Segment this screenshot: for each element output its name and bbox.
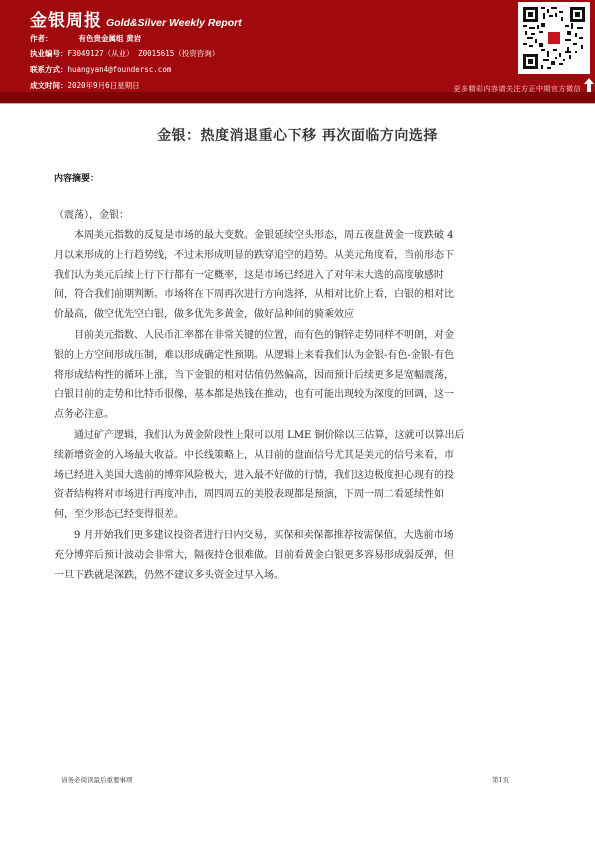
text-line: 间，符合我们前期判断。市场将在下周再次进行方向选择，从相对比价上看，白银的相对比 xyxy=(54,285,548,305)
arrow-up-icon xyxy=(584,78,594,92)
text-line: 月以来形成的上行趋势线，不过未形成明显的跌穿追空的趋势。从美元角度看，当前形态下 xyxy=(54,246,548,266)
contact-label: 联系方式： xyxy=(30,65,68,74)
license-value: F3049127（从业） Z0015615（投资咨询） xyxy=(68,49,220,58)
qr-finder-icon xyxy=(570,7,585,22)
date-row: 成文时间：2020年9月6日星期日 xyxy=(30,80,140,91)
header-divider xyxy=(0,103,595,104)
summary-label: 内容摘要： xyxy=(54,171,99,184)
paragraph-2: 目前美元指数、人民币汇率都在非常关键的位置，而有色的铜锌走势同样不明朗，对金 银… xyxy=(54,326,548,425)
text-line: 价最高，做空优先空白银，做多优先多黄金，做好品种间的骑乘效应 xyxy=(54,305,548,325)
paragraph-3: 通过矿产逻辑，我们认为黄金阶段性上限可以用 LME 铜价除以三估算，这就可以算出… xyxy=(54,426,548,525)
author-value: 有色贵金属组 黄岩 xyxy=(79,34,142,43)
brand-title-en: Gold&Silver Weekly Report xyxy=(106,17,242,29)
author-label: 作者： xyxy=(30,34,53,43)
license-row: 执业编号：F3049127（从业） Z0015615（投资咨询） xyxy=(30,48,219,59)
text-line: 何，至少形态已经变得很差。 xyxy=(54,505,548,525)
qr-finder-icon xyxy=(523,54,538,69)
company-logo-icon xyxy=(547,31,561,45)
text-line: 本周美元指数的反复是市场的最大变数。金银延续空头形态，周五夜盘黄金一度跌破 4 xyxy=(54,226,548,246)
text-line: 场已经进入美国大选前的博弈风险极大，进入最不好做的行情，我们这边极度担心现有的投 xyxy=(54,466,548,486)
text-line: 9 月开始我们更多建议投资者进行日内交易，买保和卖保都推荐按需保值，大选前市场 xyxy=(54,526,548,546)
license-label: 执业编号： xyxy=(30,49,68,58)
text-line: 点务必注意。 xyxy=(54,405,548,425)
author-row: 作者：有色贵金属组 黄岩 xyxy=(30,33,141,44)
text-line: 充分博弈后预计波动会非常大，隔夜持仓很难做。目前看黄金白银更多容易形成弱反弹，但 xyxy=(54,546,548,566)
text-line: 续新增资金的入场最大收益。中长线策略上，从目前的盘面信号尤其是美元的信号来看，市 xyxy=(54,446,548,466)
brand-title-cn: 金银周报 xyxy=(30,11,102,31)
text-line: 银的上方空间形成压制，难以形成确定性预期。从逻辑上来看我们认为金银-有色-金银-… xyxy=(54,346,548,366)
contact-email[interactable]: huangyan4@foundersc.com xyxy=(68,65,172,74)
wechat-qr-code xyxy=(518,2,590,74)
date-value: 2020年9月6日星期日 xyxy=(68,81,140,90)
text-line: 资者结构将对市场进行再度冲击，周四周五的美股表现都是预演，下周一周二看延续性如 xyxy=(54,485,548,505)
report-brand: 金银周报Gold&Silver Weekly Report xyxy=(30,6,242,31)
qr-caption: 更多精彩内容请关注方正中期官方微信 xyxy=(454,84,582,94)
text-line: 白银目前的走势和比特币很像，基本都是热钱在推动，也有可能出现较为深度的回调，这一 xyxy=(54,385,548,405)
text-line: 一旦下跌就是深跌，仍然不建议多头资金过早入场。 xyxy=(54,566,548,586)
text-line: 我们认为美元后续上行下行都有一定概率，这是市场已经进入了对年末大选的高度敏感时 xyxy=(54,266,548,286)
date-label: 成文时间： xyxy=(30,81,68,90)
page-number: 第1页 xyxy=(492,775,509,784)
document-title: 金银：热度消退重心下移 再次面临方向选择 xyxy=(0,125,595,145)
summary-body: 本周美元指数的反复是市场的最大变数。金银延续空头形态，周五夜盘黄金一度跌破 4 … xyxy=(54,226,548,585)
qr-finder-icon xyxy=(523,7,538,22)
text-line: 通过矿产逻辑，我们认为黄金阶段性上限可以用 LME 铜价除以三估算，这就可以算出… xyxy=(54,426,548,446)
text-line: 将形成结构性的循环上涨，当下金银的相对估值仍然偏高，因而预计后续更多是宽幅震荡， xyxy=(54,366,548,386)
footer-disclaimer[interactable]: 请务必阅读最后重要事项 xyxy=(61,775,133,784)
summary-intro: （震荡），金银： xyxy=(54,206,129,221)
contact-row: 联系方式：huangyan4@foundersc.com xyxy=(30,64,171,75)
paragraph-4: 9 月开始我们更多建议投资者进行日内交易，买保和卖保都推荐按需保值，大选前市场 … xyxy=(54,526,548,585)
text-line: 目前美元指数、人民币汇率都在非常关键的位置，而有色的铜锌走势同样不明朗，对金 xyxy=(54,326,548,346)
paragraph-1: 本周美元指数的反复是市场的最大变数。金银延续空头形态，周五夜盘黄金一度跌破 4 … xyxy=(54,226,548,325)
